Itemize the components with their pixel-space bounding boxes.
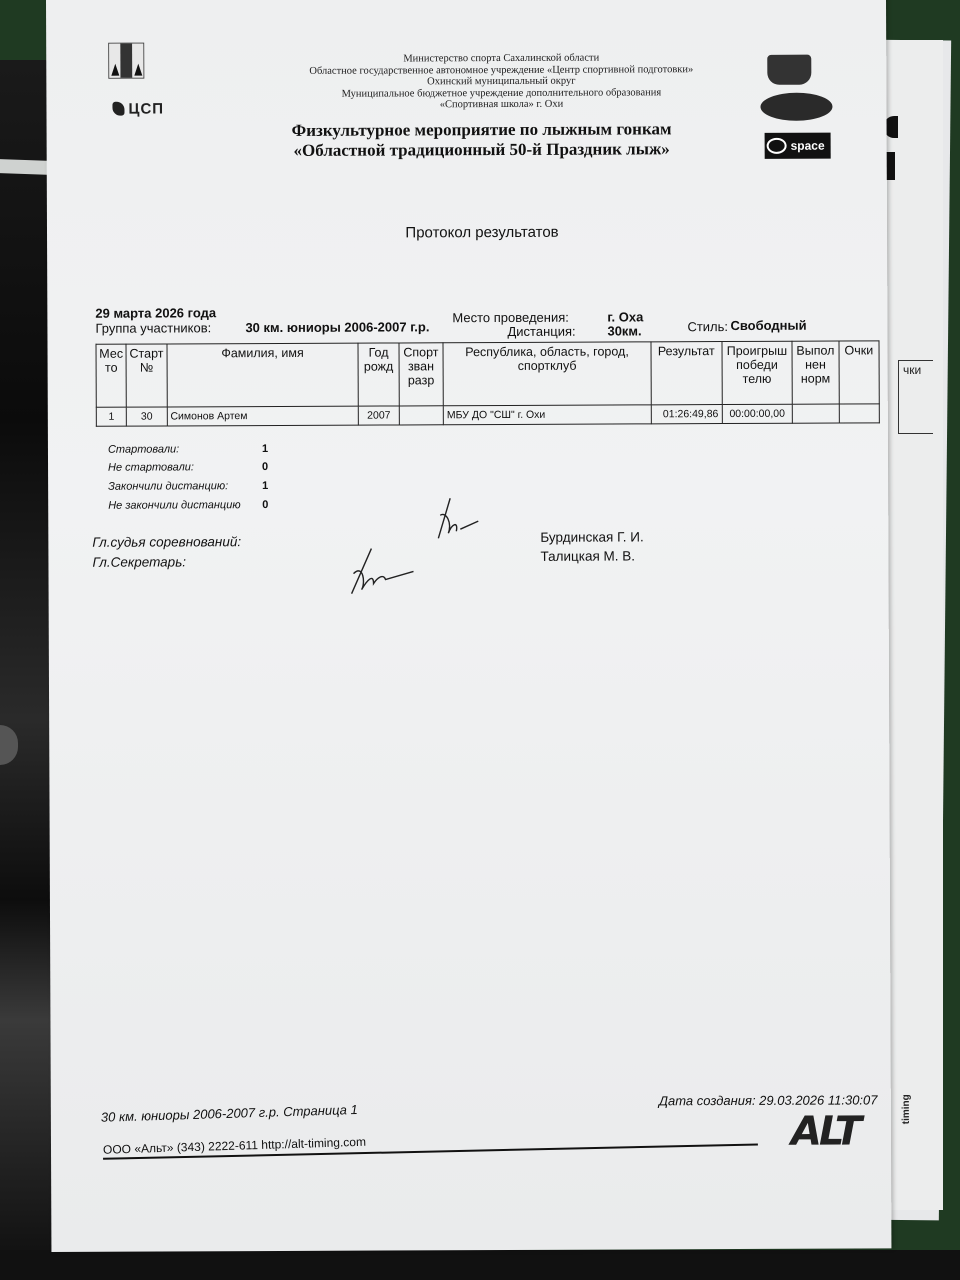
- organizers-block: Министерство спорта Сахалинской области …: [246, 52, 756, 112]
- results-table: Мес то Старт № Фамилия, имя Год рожд Спо…: [96, 340, 880, 426]
- chief-judge-label: Гл.судья соревнований:: [92, 534, 241, 550]
- column-header-norm: Выпол нен норм: [792, 341, 839, 404]
- stat-not-started-value: 0: [262, 461, 268, 473]
- chief-judge-name: Бурдинская Г. И.: [540, 529, 643, 544]
- cell-rank: [399, 406, 443, 425]
- style-value: Свободный: [730, 318, 806, 333]
- stat-not-started-label: Не стартовали:: [108, 461, 194, 473]
- results-protocol-sheet: ЦСП Министерство спорта Сахалинской обла…: [46, 0, 891, 1252]
- footer-creation-date: Дата создания: 29.03.2026 11:30:07: [659, 1092, 878, 1108]
- group-label: Группа участников:: [95, 320, 211, 336]
- cell-behind: 00:00:00,00: [722, 404, 793, 423]
- cell-birth-year: 2007: [359, 406, 399, 425]
- cell-name: Симонов Артем: [167, 406, 359, 426]
- cell-points: [839, 404, 880, 423]
- alt-timing-sub: timing: [901, 1094, 912, 1124]
- space-swirl-icon: [767, 138, 787, 154]
- stat-started-label: Стартовали:: [108, 443, 179, 455]
- device-edge: [0, 159, 50, 175]
- stat-finished-value: 1: [262, 480, 268, 492]
- alt-timing-logo: ALT: [791, 1108, 859, 1154]
- column-header-place: Мес то: [96, 344, 127, 407]
- device-button: [0, 725, 18, 765]
- column-header-name: Фамилия, имя: [167, 343, 359, 407]
- column-header-rank: Спорт зван разр: [399, 343, 444, 406]
- event-date: 29 марта 2026 года: [95, 305, 216, 321]
- cell-result: 01:26:49,86: [651, 405, 722, 424]
- table-header-row: Мес то Старт № Фамилия, имя Год рожд Спо…: [96, 341, 879, 407]
- style-label: Стиль:: [687, 319, 728, 334]
- cell-start-no: 30: [127, 407, 167, 426]
- coat-of-arms-icon: [108, 43, 144, 79]
- group-value: 30 км. юниоры 2006-2007 г.р.: [245, 319, 429, 335]
- space-logo: space: [765, 133, 831, 159]
- table-surface: [0, 1250, 960, 1280]
- secretary-signature: [343, 543, 423, 603]
- background-table-cell: чки: [898, 360, 933, 434]
- chief-secretary-label: Гл.Секретарь:: [92, 554, 186, 569]
- cell-club: МБУ ДО "СШ" г. Охи: [443, 405, 651, 425]
- csp-mark-icon: [112, 102, 124, 116]
- stat-started-value: 1: [262, 443, 268, 455]
- distance-label: Дистанция:: [507, 324, 575, 339]
- sports-school-logo-icon: [760, 93, 832, 121]
- document-title: Протокол результатов: [347, 224, 617, 242]
- csp-logo: ЦСП: [112, 100, 164, 117]
- column-header-result: Результат: [651, 342, 722, 405]
- table-row: 1 30 Симонов Артем 2007 МБУ ДО "СШ" г. О…: [96, 404, 879, 426]
- column-header-start-no: Старт №: [126, 344, 167, 407]
- stat-finished-label: Закончили дистанцию:: [108, 480, 228, 493]
- column-header-club: Республика, область, город, спортклуб: [443, 342, 651, 406]
- chief-secretary-name: Талицкая М. В.: [540, 548, 635, 563]
- column-header-points: Очки: [839, 341, 880, 404]
- venue-value: г. Оха: [607, 309, 643, 324]
- column-header-birth-year: Год рожд: [358, 343, 399, 406]
- stat-not-finished-value: 0: [262, 499, 268, 511]
- cell-place: 1: [96, 407, 126, 426]
- cell-norm: [792, 404, 838, 423]
- footer-page-info: 30 км. юниоры 2006-2007 г.р. Страница 1: [101, 1102, 358, 1125]
- column-header-behind: Проигрыш победи телю: [722, 341, 793, 404]
- distance-value: 30км.: [607, 323, 641, 338]
- event-title: Физкультурное мероприятие по лыжным гонк…: [217, 119, 747, 161]
- stat-not-finished-label: Не закончили дистанцию: [108, 499, 240, 512]
- okha-coat-of-arms-icon: [767, 55, 811, 85]
- judge-signature: [428, 493, 488, 553]
- organizer-line: «Спортивная школа» г. Охи: [246, 98, 756, 112]
